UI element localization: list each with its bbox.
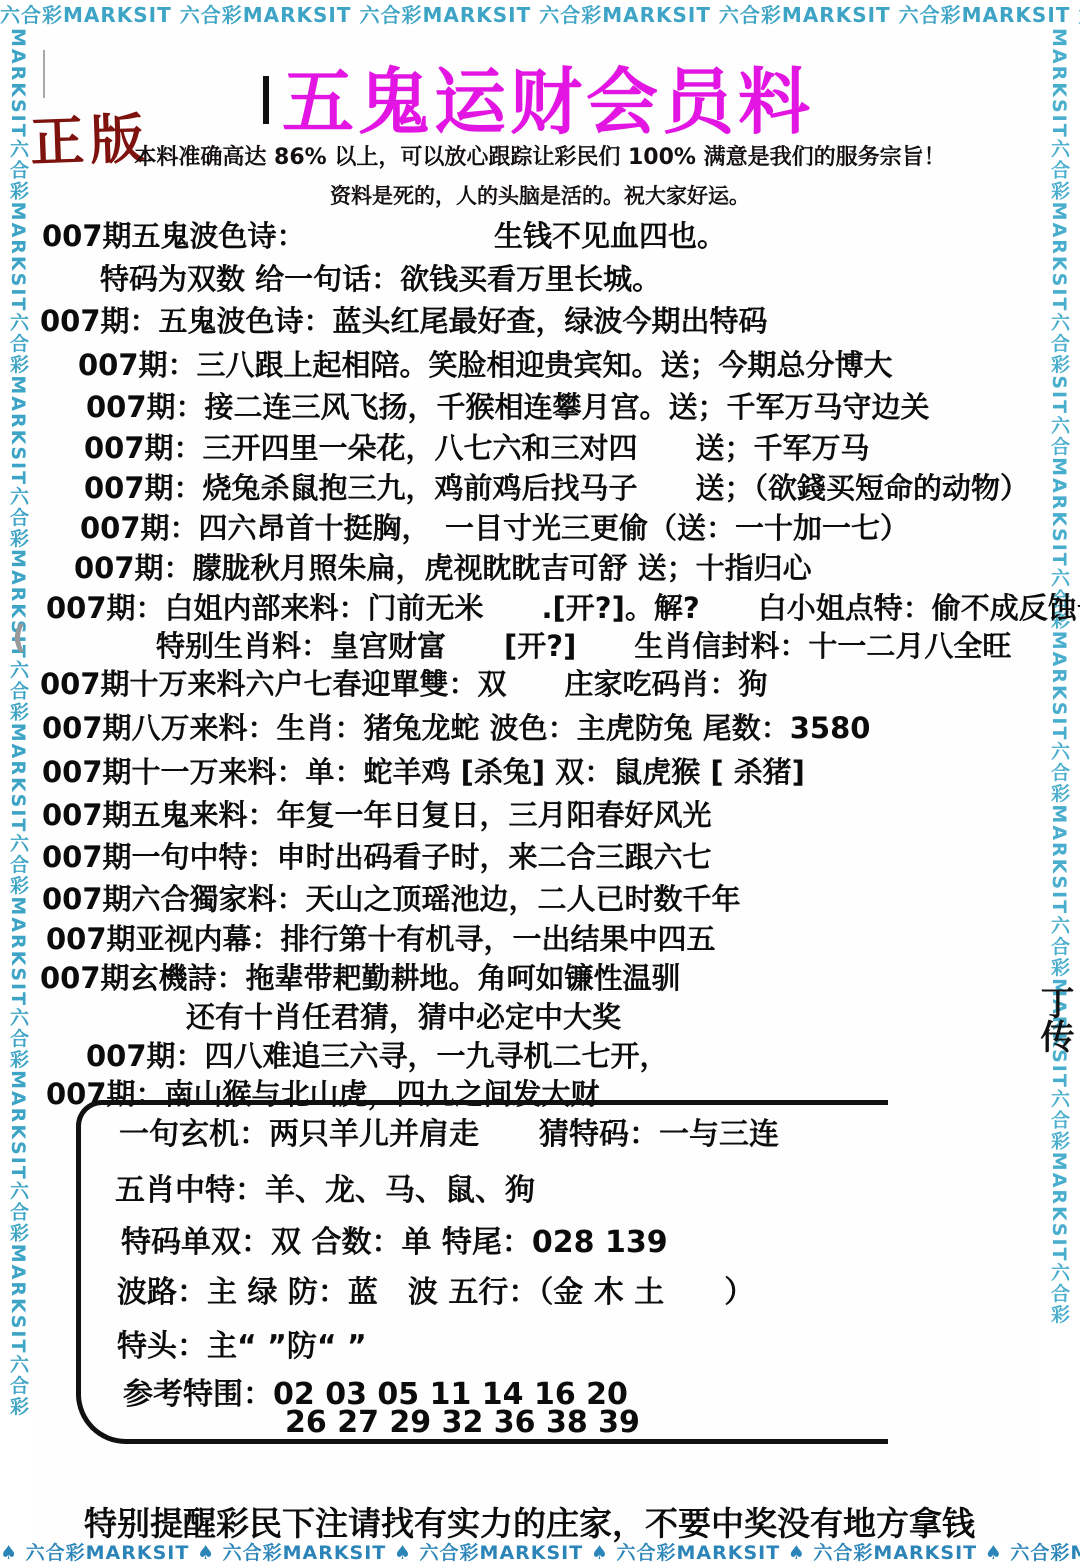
page-title: 五鬼运财会员料 bbox=[282, 44, 814, 148]
lottery-tip-sheet: 六合彩MARKSIT 六合彩MARKSIT 六合彩MARKSIT 六合彩MARK… bbox=[0, 0, 1080, 1567]
prediction-line: 007期亚视内幕：排行第十有机寻，一出结果中四五 bbox=[46, 917, 716, 958]
watermark-border-top: 六合彩MARKSIT 六合彩MARKSIT 六合彩MARKSIT 六合彩MARK… bbox=[0, 0, 1080, 30]
title-cursor-mark bbox=[263, 76, 269, 124]
watermark-border-right: MARKSIT六合彩MARKSIT六合彩SIT六合MARKSIT六合彩MARKS… bbox=[1038, 28, 1080, 1540]
prediction-line: 007期五鬼波色诗： 生钱不见血四也。 bbox=[42, 214, 726, 255]
prediction-line: 特别生肖料：皇宫财富 [开?] 生肖信封料：十一二月八全旺 bbox=[156, 624, 1011, 665]
scan-artifact-paren: ( bbox=[12, 618, 27, 656]
prediction-line: 007期十一万来料：单：蛇羊鸡 [杀兔] 双：鼠虎猴 [ 杀猪] bbox=[42, 750, 805, 791]
prediction-line: 007期十万来料六户七春迎單雙：双 庄家吃码肖：狗 bbox=[40, 662, 768, 703]
box-line-mystery: 一句玄机：两只羊儿并肩走 猜特码：一与三连 bbox=[119, 1109, 779, 1153]
prediction-line: 007期：四六昂首十挺胸， 一目寸光三更偷（送：一十加一七） bbox=[80, 506, 909, 547]
predictions-box: 一句玄机：两只羊儿并肩走 猜特码：一与三连 五肖中特：羊、龙、马、鼠、狗 特码单… bbox=[76, 1100, 888, 1444]
prediction-line: 特码为双数 给一句话：欲钱买看万里长城。 bbox=[100, 257, 661, 298]
scan-artifact-line bbox=[43, 50, 45, 98]
prediction-line: 还有十肖任君猜，猜中必定中大奖 bbox=[186, 995, 621, 1036]
prediction-line: 007期一句中特：申时出码看子时，来二合三跟六七 bbox=[42, 835, 712, 876]
prediction-line: 007期八万来料：生肖：猪兔龙蛇 波色：主虎防兔 尾数：3580 bbox=[42, 706, 870, 747]
prediction-line: 007期：朦胧秋月照朱扁，虎视眈眈吉可舒 送；十指归心 bbox=[74, 546, 812, 587]
slogan-line-2: 资料是死的，人的头脑是活的。祝大家好运。 bbox=[0, 180, 1080, 210]
slogan-line-1: 本料准确高达 86% 以上，可以放心跟踪让彩民们 100% 满意是我们的服务宗旨… bbox=[0, 140, 1080, 171]
prediction-line: 007期六合獨家料：天山之顶瑶池边，二人已时数千年 bbox=[42, 877, 741, 918]
box-line-wave: 波路：主 绿 防：蓝 波 五行：（金 木 土 ） bbox=[117, 1267, 754, 1311]
prediction-line: 007期：三开四里一朵花，八七六和三对四 送；千军万马 bbox=[84, 426, 870, 467]
prediction-line: 007期：白姐内部来料：门前无米 .[开?]。解? 白小姐点特：偷不成反蚀一把 bbox=[46, 586, 1080, 627]
prediction-line: 007期玄機詩：拖辈带耙勤耕地。角呵如镰性温驯 bbox=[40, 956, 681, 997]
scan-artifact-right-text: 丁传 bbox=[1030, 985, 1079, 1053]
footer-warning: 特别提醒彩民下注请找有实力的庄家，不要中奖没有地方拿钱 bbox=[84, 1498, 975, 1545]
prediction-line: 007期：接二连三风飞扬，千猴相连攀月宫。送；千军万马守边关 bbox=[86, 385, 930, 426]
watermark-border-left: MARKSIT六合彩MARKSIT六合彩MARKSIT六合彩MARKSIT六合彩… bbox=[0, 28, 36, 1540]
prediction-line: 007期：四八难追三六寻，一九寻机二七开， bbox=[86, 1034, 669, 1075]
prediction-line: 007期：五鬼波色诗：蓝头红尾最好查，绿波今期出特码 bbox=[40, 299, 768, 340]
box-line-oddeven: 特码单双：双 合数：单 特尾：028 139 bbox=[121, 1217, 668, 1261]
prediction-line: 007期：烧兔杀鼠抱三九，鸡前鸡后找马子 送；（欲錢买短命的动物） bbox=[84, 466, 1029, 507]
box-line-zodiac: 五肖中特：羊、龙、马、鼠、狗 bbox=[115, 1165, 535, 1209]
box-line-numbers-2: 26 27 29 32 36 38 39 bbox=[285, 1405, 640, 1440]
box-line-head: 特头：主“ ”防“ ” bbox=[117, 1321, 367, 1365]
prediction-line: 007期五鬼来料：年复一年日复日，三月阳春好风光 bbox=[42, 793, 712, 834]
prediction-line: 007期：三八跟上起相陪。笑脸相迎贵宾知。送；今期总分博大 bbox=[78, 343, 893, 384]
